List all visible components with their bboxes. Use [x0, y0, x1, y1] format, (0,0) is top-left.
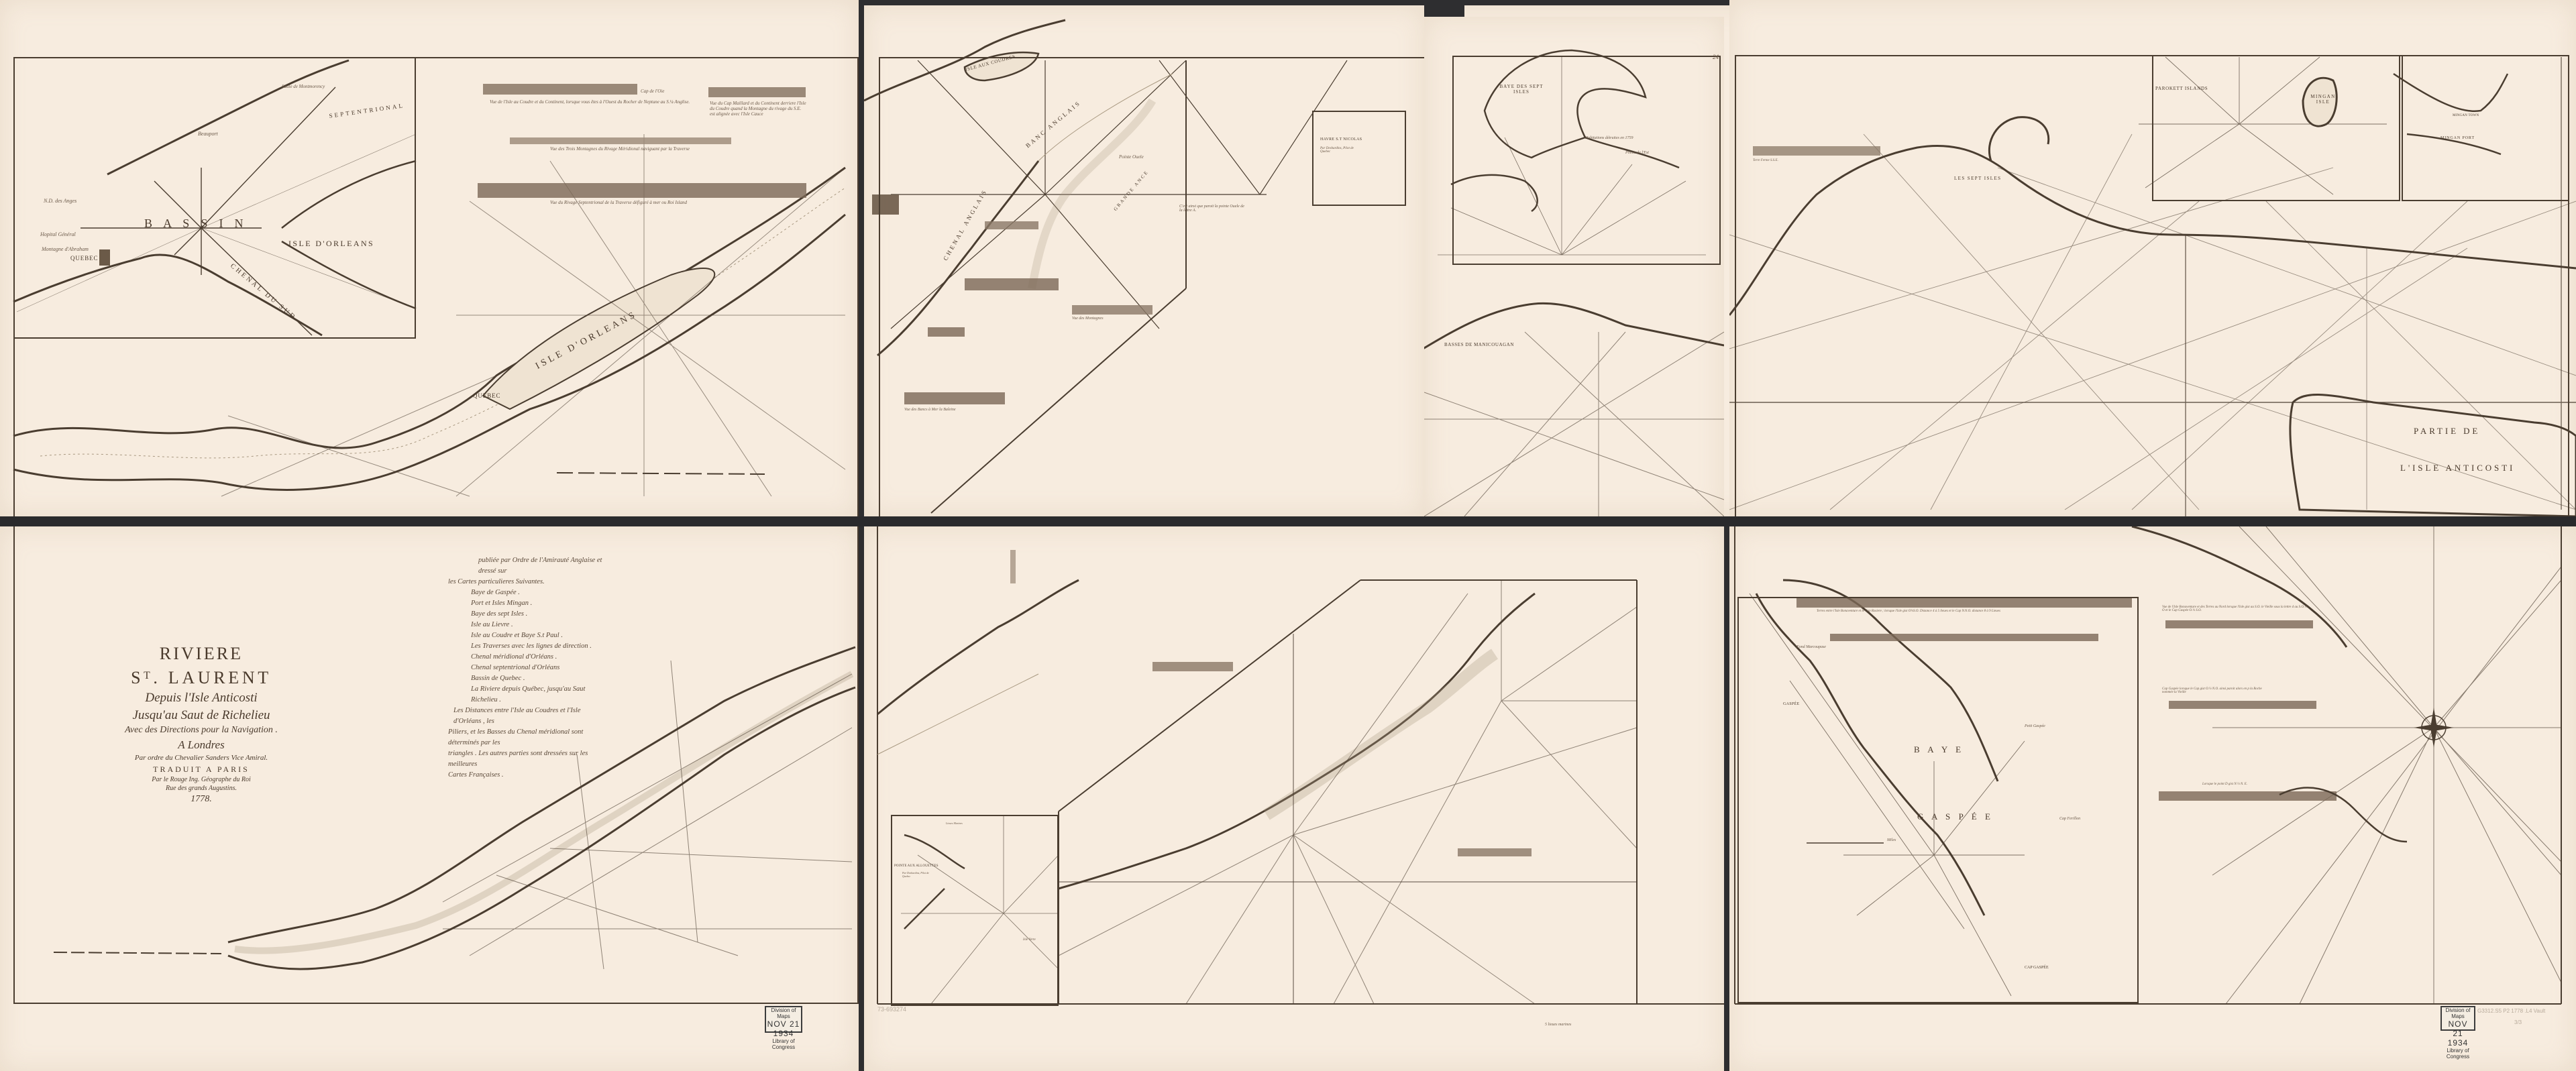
title-line-riviere: RIVIERE	[114, 644, 288, 664]
map-sheet-top-left: B A S S I N ISLE D'ORLEANS SEPTENTRIONAL…	[0, 0, 859, 516]
title-line-year: 1778.	[114, 794, 288, 805]
label-pointe-aux-allouettes: POINTE AUX ALLOUETTES	[894, 864, 938, 868]
title-line-rue: Rue des grands Augustins.	[114, 785, 288, 792]
inset-havre-st-nicolas: HAVRE S.T NICOLAS Par Deshardins, Pilot …	[1312, 111, 1406, 206]
notes-outro-1: Les Distances entre l'Isle au Coudres et…	[448, 706, 609, 727]
label-bassin: B A S S I N	[144, 217, 248, 231]
label-basses-manicouagan: BASSES DE MANICOUAGAN	[1444, 342, 1514, 347]
view-caption-isle-bonaventure: Vue de l'Isle Bonaventure et des Terres …	[2162, 606, 2310, 612]
notes-outro-2: Piliers, et les Basses du Chenal méridio…	[448, 727, 609, 748]
label-parokett-islands: PAROKETT ISLANDS	[2155, 86, 2208, 91]
pencil-call-number: G3312.S5 P2 1778 .L4 Vault	[2477, 1008, 2545, 1014]
label-anticosti: L'ISLE ANTICOSTI	[2400, 463, 2515, 473]
label-isle-verte: Isle Verte	[1023, 938, 1036, 942]
inset-pointe-aux-allouettes: POINTE AUX ALLOUETTES Par Deshardins, Pi…	[891, 815, 1059, 1006]
label-les-sept-isles: LES SEPT ISLES	[1954, 176, 2001, 181]
label-isle-orleans-inset: ISLE D'ORLEANS	[288, 239, 374, 249]
title-line-par-ordre: Par ordre du Chevalier Sanders Vice Amir…	[114, 754, 288, 762]
label-petit-gaspee: Petit Gaspée	[2025, 724, 2045, 728]
title-line-st-laurent: Sᵀ. LAURENT	[114, 668, 288, 688]
map-sheet-top-right: PAROKETT ISLANDS MINGAN ISLE MINGAN PORT…	[1729, 0, 2576, 516]
inset-parokett-islands	[2152, 55, 2400, 201]
title-line-traduit: TRADUIT A PARIS	[114, 765, 288, 775]
label-nd-des-anges: N.D. des Anges	[44, 198, 76, 204]
notes-block: publiée par Ordre de l'Amirauté Anglaise…	[448, 555, 609, 781]
label-mingan-port: MINGAN PORT	[2440, 136, 2475, 140]
label-scale-lieues: 5 lieues marines	[1545, 1023, 1571, 1027]
notes-outro-4: Cartes Françaises .	[448, 770, 609, 781]
inset-mingan-port	[2402, 55, 2569, 201]
notes-item: Isle au Lievre .	[448, 620, 609, 630]
notes-item: Isle au Coudre et Baye S.t Paul .	[448, 630, 609, 641]
notes-intro-2: les Cartes particulieres Suivantes.	[448, 577, 609, 587]
notes-item: Baye des sept Isles .	[448, 609, 609, 620]
label-gaspe-scale: Miles	[1887, 838, 1896, 842]
label-quebec: QUEBEC	[473, 392, 500, 399]
library-stamp: Division of Maps NOV 21 1934 Library of …	[2440, 1006, 2475, 1031]
label-fond-marcoupase: Fond Marcoupase	[1796, 645, 1826, 649]
label-hopital-general: Hopital Général	[40, 231, 76, 237]
notes-item: Baye de Gaspée .	[448, 587, 609, 598]
label-havre-st-nicolas: HAVRE S.T NICOLAS	[1320, 137, 1362, 142]
inset-baye-gaspee	[1737, 597, 2139, 1003]
map-sheet-bottom-right: B A Y E G A S P É E GASPÉE CAP GASPÉE Ca…	[1729, 526, 2576, 1071]
label-cap-ferillon: Cap Ferillon	[2059, 817, 2080, 821]
title-line-avec: Avec des Directions pour la Navigation .	[114, 725, 288, 736]
label-sheet-number: 24	[1713, 54, 1719, 60]
label-montagne-abraham: Montagne d'Abraham	[42, 246, 89, 252]
notes-item: Chenal méridional d'Orléans .	[448, 652, 609, 663]
title-line-jusqu: Jusqu'au Saut de Richelieu	[114, 708, 288, 723]
view-caption-cap-gaspee: Cap Gaspée lorsque le Cap gist O.¼ N.O. …	[2162, 687, 2269, 694]
notes-outro-3: triangles . Les autres parties sont dres…	[448, 748, 609, 770]
label-pointe-ouele: Pointe Ouele	[1119, 154, 1144, 160]
label-beauport: Beauport	[198, 131, 218, 137]
title-line-londres: A Londres	[114, 738, 288, 752]
view-caption-lorsque: Lorsque le point D gist N.¼ N. E.	[2202, 783, 2247, 786]
pencil-sheet-fraction: 3/3	[2514, 1019, 2522, 1025]
label-allouettes-scale: Lieues Marines	[946, 822, 963, 825]
label-pointe-de-lest: Pointe de l'Est	[1625, 151, 1649, 155]
view-caption-bonaventure: Terres entre l'Isle Bonaventure et le Ca…	[1817, 610, 2000, 613]
label-saule-montmorency: Saule de Montmorency	[282, 84, 325, 89]
label-allouettes-by: Par Deshardins, Pilot de Quebec	[902, 871, 929, 878]
title-cartouche: RIVIERE Sᵀ. LAURENT Depuis l'Isle Antico…	[114, 644, 288, 805]
label-habitations: Habitations détruites en 1759	[1585, 136, 1633, 140]
inset-baye-des-sept-isles	[1452, 56, 1721, 265]
library-stamp: Division of Maps NOV 21 1934 Library of …	[765, 1006, 802, 1033]
view-caption-bancs: Vue des Bancs à Mer la Baleine	[904, 408, 956, 412]
view-caption-2: Vue du Cap Maillard et du Continent derr…	[710, 101, 807, 117]
map-sheet-bottom-left: RIVIERE Sᵀ. LAURENT Depuis l'Isle Antico…	[0, 526, 859, 1071]
view-caption-pointe-ouele: C'est ainsi que paroit la pointe Ouele d…	[1179, 205, 1246, 213]
notes-item: La Riviere depuis Québec, jusqu'au Saut …	[448, 684, 609, 706]
label-mingan-isle: MINGAN ISLE	[2306, 94, 2340, 105]
label-mingan-town: MINGAN TOWN	[2453, 114, 2479, 117]
pencil-catalog-number: 73-693274	[877, 1006, 906, 1013]
label-gaspee: G A S P É E	[1917, 811, 1994, 822]
title-line-depuis: Depuis l'Isle Anticosti	[114, 691, 288, 706]
label-cap-gaspee: CAP GASPÉE	[2025, 966, 2051, 970]
notes-intro: publiée par Ordre de l'Amirauté Anglaise…	[448, 555, 609, 577]
notes-item: Chenal septentrional d'Orléans	[448, 663, 609, 673]
view-caption-terre-ferme: Terre Ferme S.S.E.	[1753, 159, 1778, 162]
view-caption-3: Vue des Trois Montagnes du Rivage Méridi…	[550, 146, 690, 152]
notes-item: Port et Isles Mingan .	[448, 598, 609, 609]
view-caption-1: Vue de l'Isle au Coudre et du Continent,…	[490, 99, 690, 105]
title-line-par-le-rouge: Par le Rouge Ing. Géographe du Roi	[114, 776, 288, 783]
view-caption-montagnes: Vue des Montagnes	[1072, 317, 1104, 321]
label-baye-des-sept-isles: BAYE DES SEPT ISLES	[1498, 84, 1545, 95]
notes-item: Bassin de Quebec .	[448, 673, 609, 684]
label-partie-de: PARTIE DE	[2414, 426, 2480, 437]
notes-item: Les Traverses avec les lignes de directi…	[448, 641, 609, 652]
map-sheet-bottom-middle: POINTE AUX ALLOUETTES Par Deshardins, Pi…	[864, 526, 1724, 1071]
label-gaspe-town: GASPÉE	[1783, 702, 1799, 706]
label-quebec-inset: QUEBEC	[70, 255, 98, 262]
sheet-separator	[0, 516, 2576, 526]
map-sheet-top-middle-right: BAYE DES SEPT ISLES Habitations détruite…	[1424, 17, 1724, 516]
label-baye: B A Y E	[1914, 744, 1964, 755]
view-caption-cap-oie: Cap de l'Oie	[641, 89, 664, 94]
view-caption-4: Vue du Rivage Septentrional de la Traver…	[550, 200, 687, 205]
label-havre-by: Par Deshardins, Pilot de Quebec	[1320, 147, 1354, 154]
map-sheet-top-middle-left: ISLE AUX COUDRES BANC ANGLAIS CHENAL ANG…	[864, 7, 1424, 516]
